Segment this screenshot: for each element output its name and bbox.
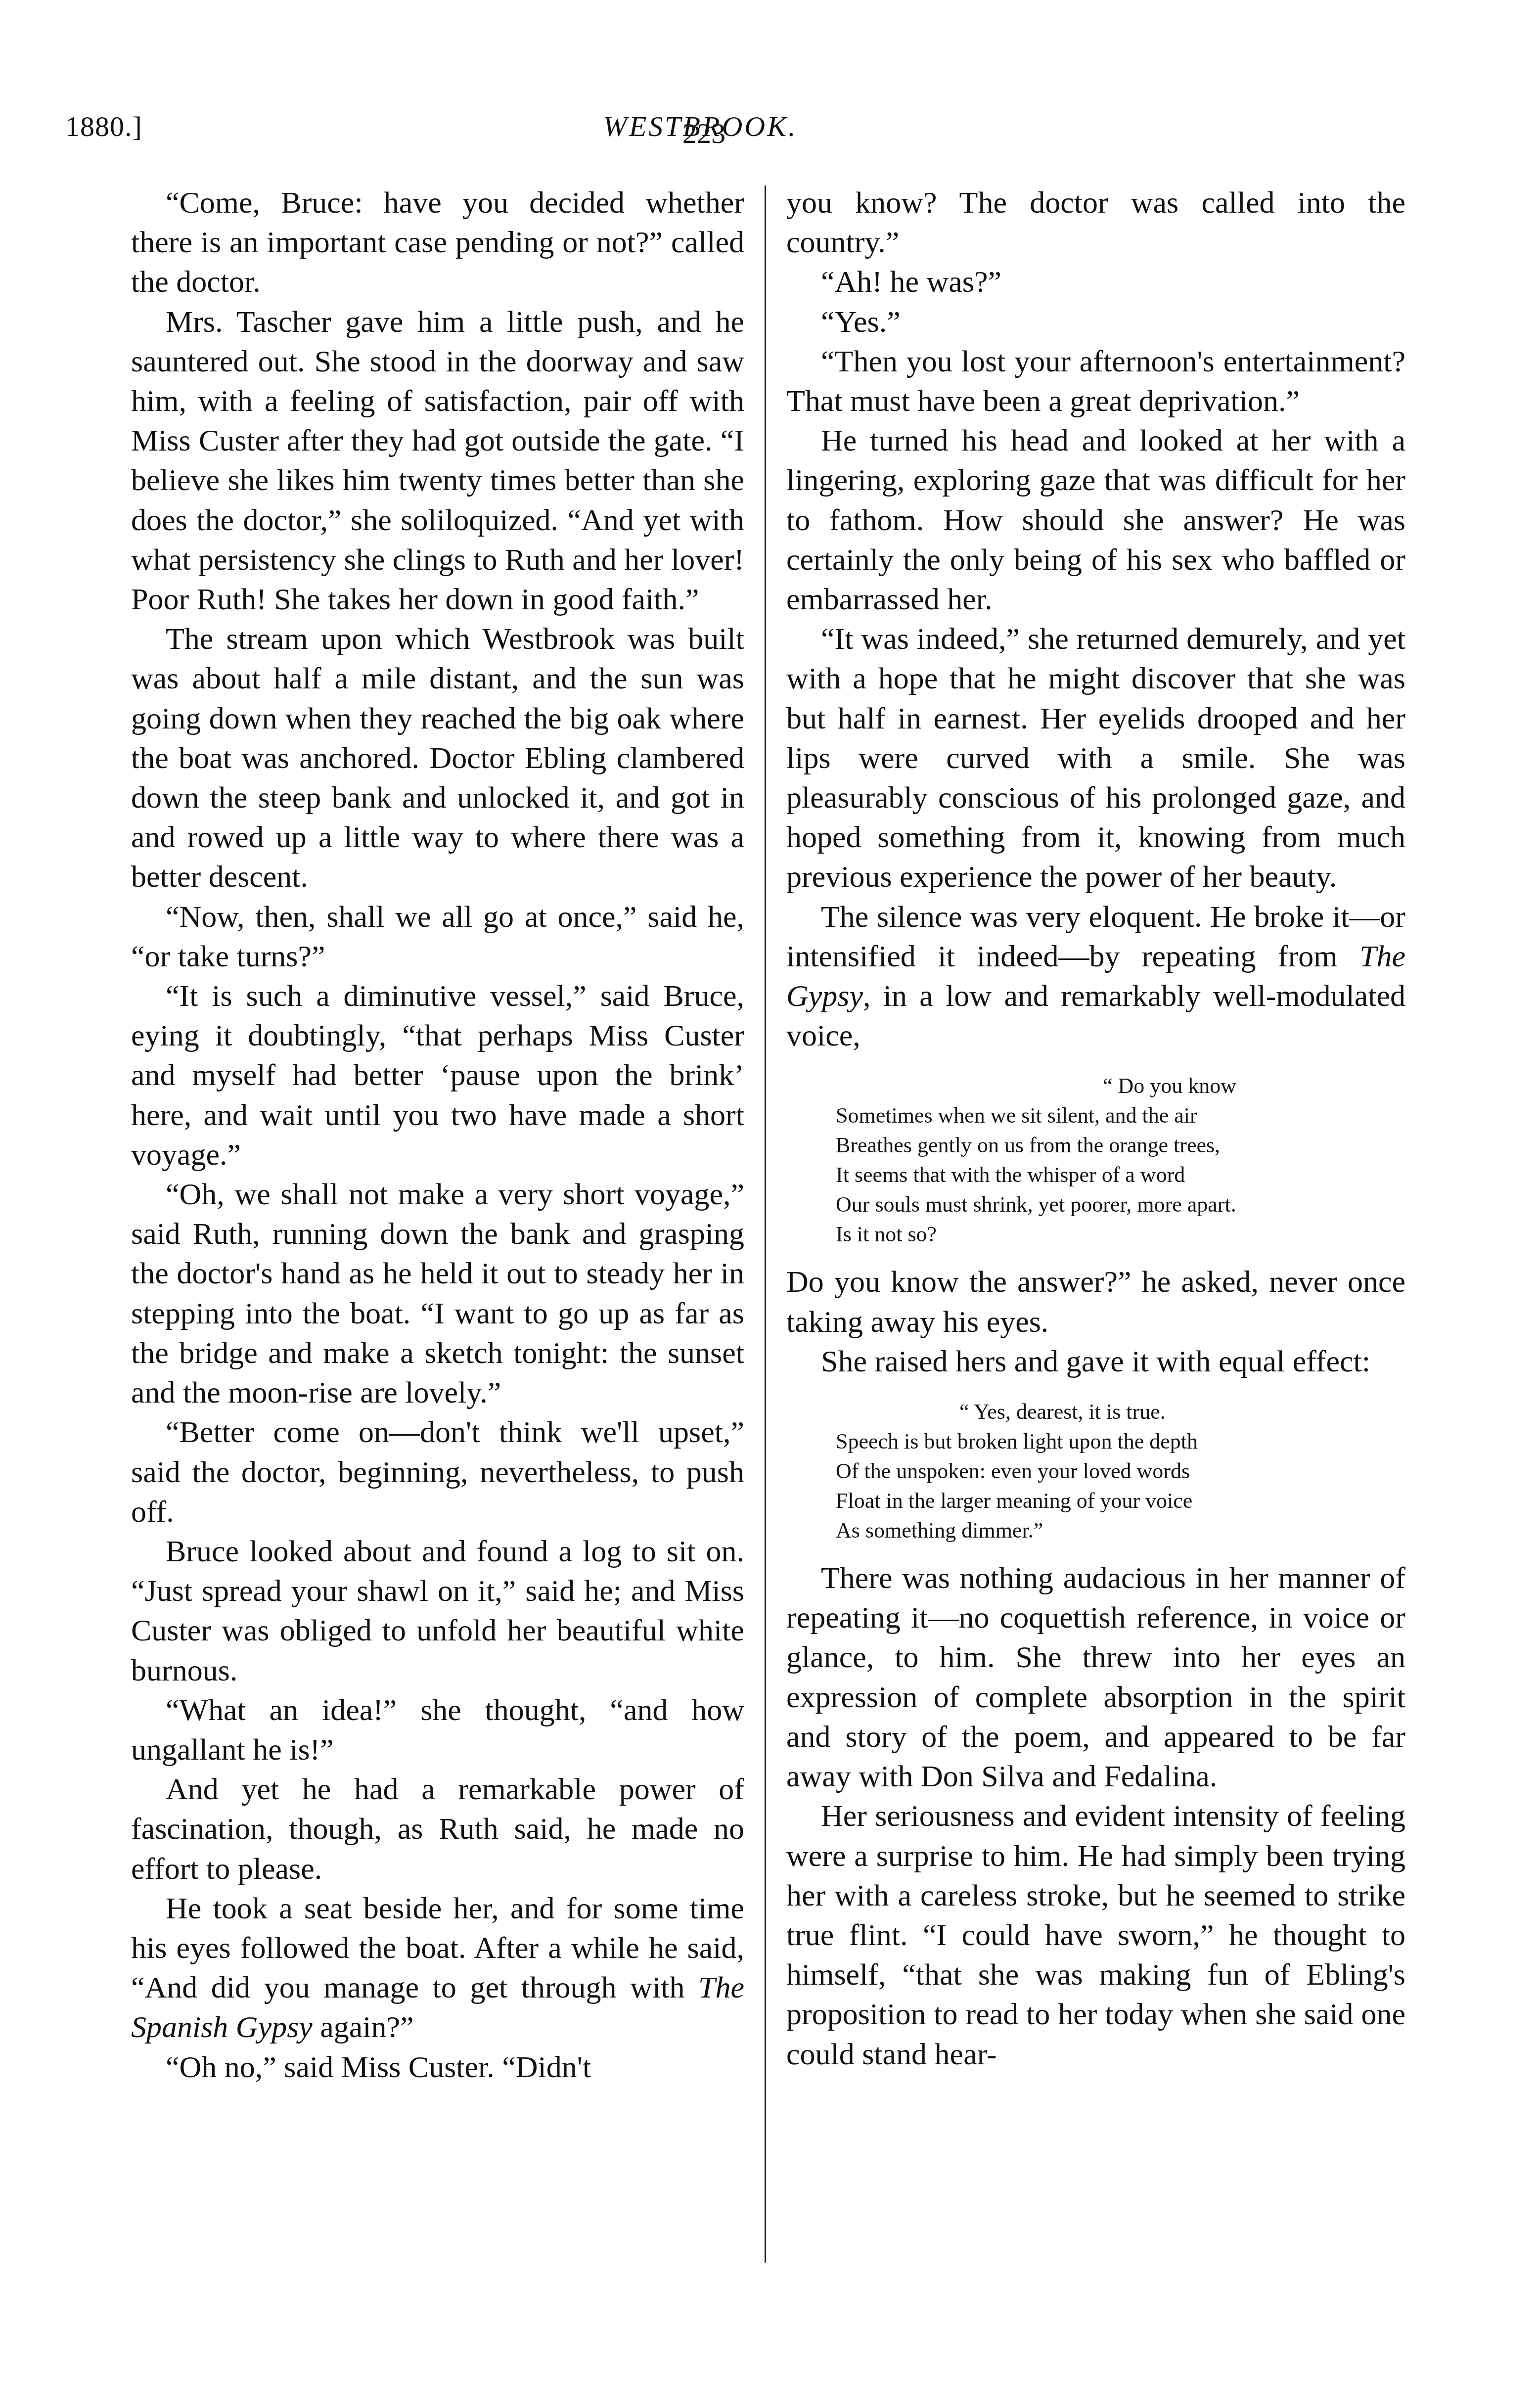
poem-line: Float in the larger meaning of your voic…	[836, 1486, 1405, 1516]
poem-line: “ Do you know	[836, 1071, 1405, 1101]
poem-line: Is it not so?	[836, 1220, 1405, 1249]
column-divider-rule	[765, 185, 766, 2263]
poem-line: Speech is but broken light upon the dept…	[836, 1427, 1405, 1456]
paragraph: And yet he had a remarkable power of fas…	[131, 1770, 744, 1889]
poem-quote-2: “ Yes, dearest, it is true. Speech is bu…	[786, 1397, 1405, 1545]
paragraph-continued: you know? The doctor was called into the…	[786, 183, 1405, 262]
left-column: “Come, Bruce: have you decided whether t…	[131, 183, 744, 2087]
paragraph: “Yes.”	[786, 302, 1405, 342]
paragraph: “Better come on—don't think we'll upset,…	[131, 1412, 744, 1532]
right-column: you know? The doctor was called into the…	[786, 183, 1405, 2074]
paragraph-text: The silence was very eloquent. He broke …	[786, 900, 1405, 973]
poem-line: Of the unspoken: even your loved words	[836, 1456, 1405, 1486]
header-title: WESTBROOK.	[0, 110, 1470, 143]
paragraph: “Come, Bruce: have you decided whether t…	[131, 183, 744, 302]
paragraph: “Oh, we shall not make a very short voya…	[131, 1175, 744, 1412]
poem-line: Breathes gently on us from the orange tr…	[836, 1131, 1405, 1160]
paragraph: “It was indeed,” she returned demurely, …	[786, 619, 1405, 897]
poem-quote-1: “ Do you know Sometimes when we sit sile…	[786, 1071, 1405, 1249]
paragraph: Her seriousness and evident intensity of…	[786, 1796, 1405, 2074]
paragraph: “Then you lost your afternoon's entertai…	[786, 342, 1405, 421]
paragraph: “Ah! he was?”	[786, 262, 1405, 302]
paragraph-text: again?”	[313, 2010, 414, 2044]
paragraph: She raised hers and gave it with equal e…	[786, 1342, 1405, 1381]
poem-line: It seems that with the whisper of a word	[836, 1160, 1405, 1190]
paragraph: He took a seat beside her, and for some …	[131, 1889, 744, 2047]
paragraph-text: , in a low and remarkably well-modulated…	[786, 979, 1405, 1052]
paragraph: Bruce looked about and found a log to si…	[131, 1532, 744, 1690]
poem-line: Sometimes when we sit silent, and the ai…	[836, 1101, 1405, 1131]
page-number: 223	[682, 117, 725, 150]
paragraph: “Oh no,” said Miss Custer. “Didn't	[131, 2047, 744, 2087]
paragraph: The stream upon which Westbrook was buil…	[131, 619, 744, 897]
paragraph: He turned his head and looked at her wit…	[786, 421, 1405, 619]
poem-line: Our souls must shrink, yet poorer, more …	[836, 1190, 1405, 1220]
running-header: 1880.] WESTBROOK. 223	[0, 110, 1539, 149]
paragraph-text: He took a seat beside her, and for some …	[131, 1892, 744, 2004]
paragraph: There was nothing audacious in her manne…	[786, 1558, 1405, 1796]
paragraph: “Now, then, shall we all go at once,” sa…	[131, 897, 744, 976]
paragraph: “It is such a diminutive vessel,” said B…	[131, 976, 744, 1175]
paragraph: The silence was very eloquent. He broke …	[786, 897, 1405, 1056]
paragraph: Mrs. Tascher gave him a little push, and…	[131, 302, 744, 620]
paragraph: “What an idea!” she thought, “and how un…	[131, 1690, 744, 1770]
poem-line: “ Yes, dearest, it is true.	[836, 1397, 1405, 1427]
paragraph-continued: Do you know the answer?” he asked, never…	[786, 1262, 1405, 1341]
poem-line: As something dimmer.”	[836, 1516, 1405, 1545]
